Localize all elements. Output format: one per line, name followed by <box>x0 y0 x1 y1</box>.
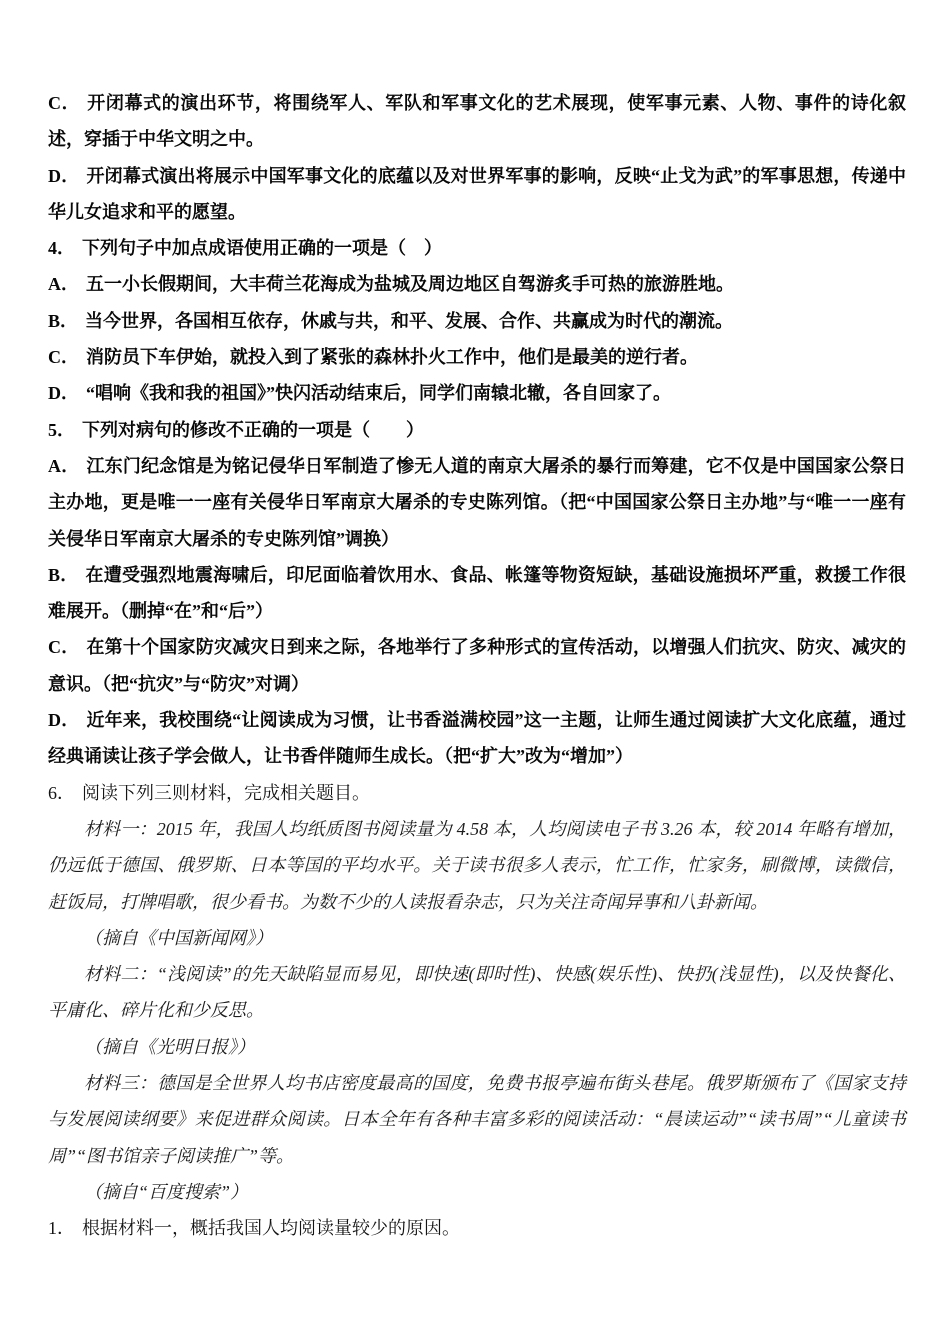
question-stem-text: 下列句子中加点成语使用正确的一项是（ ） <box>82 238 442 258</box>
question5-option-c: C．在第十个国家防灾减灾日到来之际，各地举行了多种形式的宣传活动，以增强人们抗灾… <box>48 629 906 702</box>
material-3-source: （摘自“百度搜索”） <box>48 1174 906 1210</box>
subquestion-text: 根据材料一，概括我国人均阅读量较少的原因。 <box>82 1218 460 1238</box>
question4-option-d: D．“唱响《我和我的祖国》”快闪活动结束后，同学们南辕北辙，各自回家了。 <box>48 375 906 411</box>
question4-option-c: C．消防员下车伊始，就投入到了紧张的森林扑火工作中，他们是最美的逆行者。 <box>48 339 906 375</box>
option-text: “唱响《我和我的祖国》”快闪活动结束后，同学们南辕北辙，各自回家了。 <box>86 383 671 403</box>
option-text: 在遭受强烈地震海啸后，印尼面临着饮用水、食品、帐篷等物资短缺，基础设施损坏严重，… <box>48 565 906 621</box>
material-2-text: 材料二：“浅阅读”的先天缺陷显而易见，即快速(即时性)、快感(娱乐性)、快扔(浅… <box>48 956 906 1029</box>
question-number: 5． <box>48 420 75 440</box>
option-label: C． <box>48 93 80 113</box>
material-text: 材料一：2015 年，我国人均纸质图书阅读量为 4.58 本，人均阅读电子书 3… <box>48 819 906 912</box>
page-content: C．开闭幕式的演出环节，将围绕军人、军队和军事文化的艺术展现，使军事元素、人物、… <box>48 0 906 1247</box>
question-stem-text: 下列对病句的修改不正确的一项是（ ） <box>82 420 424 440</box>
question6-subquestion-1: 1．根据材料一，概括我国人均阅读量较少的原因。 <box>48 1210 906 1246</box>
option-label: A． <box>48 456 79 476</box>
material-source: （摘自“百度搜索”） <box>84 1182 248 1202</box>
question5-option-a: A．江东门纪念馆是为铭记侵华日军制造了惨无人道的南京大屠杀的暴行而筹建，它不仅是… <box>48 448 906 557</box>
option-text: 当今世界，各国相互依存，休戚与共，和平、发展、合作、共赢成为时代的潮流。 <box>85 311 733 331</box>
question4-option-a: A．五一小长假期间，大丰荷兰花海成为盐城及周边地区自驾游炙手可热的旅游胜地。 <box>48 266 906 302</box>
option-label: C． <box>48 347 79 367</box>
document-page: C．开闭幕式的演出环节，将围绕军人、军队和军事文化的艺术展现，使军事元素、人物、… <box>0 0 950 1344</box>
material-3-text: 材料三：德国是全世界人均书店密度最高的国度，免费书报亭遍布街头巷尾。俄罗斯颁布了… <box>48 1065 906 1174</box>
question6-stem: 6．阅读下列三则材料，完成相关题目。 <box>48 775 906 811</box>
option-label: A． <box>48 274 79 294</box>
question-number: 6． <box>48 783 75 803</box>
option-label: D． <box>48 383 79 403</box>
question3-option-d: D．开闭幕式演出将展示中国军事文化的底蕴以及对世界军事的影响，反映“止戈为武”的… <box>48 158 906 231</box>
option-text: 开闭幕式演出将展示中国军事文化的底蕴以及对世界军事的影响，反映“止戈为武”的军事… <box>48 166 906 222</box>
question5-stem: 5．下列对病句的修改不正确的一项是（ ） <box>48 412 906 448</box>
material-1-text: 材料一：2015 年，我国人均纸质图书阅读量为 4.58 本，人均阅读电子书 3… <box>48 811 906 920</box>
subquestion-number: 1． <box>48 1218 75 1238</box>
question-stem-text: 阅读下列三则材料，完成相关题目。 <box>82 783 370 803</box>
option-text: 五一小长假期间，大丰荷兰花海成为盐城及周边地区自驾游炙手可热的旅游胜地。 <box>86 274 734 294</box>
question5-option-b: B．在遭受强烈地震海啸后，印尼面临着饮用水、食品、帐篷等物资短缺，基础设施损坏严… <box>48 557 906 630</box>
option-text: 消防员下车伊始，就投入到了紧张的森林扑火工作中，他们是最美的逆行者。 <box>86 347 698 367</box>
material-text: 材料二：“浅阅读”的先天缺陷显而易见，即快速(即时性)、快感(娱乐性)、快扔(浅… <box>48 964 906 1020</box>
material-text: 材料三：德国是全世界人均书店密度最高的国度，免费书报亭遍布街头巷尾。俄罗斯颁布了… <box>48 1073 906 1166</box>
question-number: 4． <box>48 238 75 258</box>
material-2-source: （摘自《光明日报》） <box>48 1029 906 1065</box>
question5-option-d: D．近年来，我校围绕“让阅读成为习惯，让书香溢满校园”这一主题，让师生通过阅读扩… <box>48 702 906 775</box>
option-text: 近年来，我校围绕“让阅读成为习惯，让书香溢满校园”这一主题，让师生通过阅读扩大文… <box>48 710 906 766</box>
option-text: 江东门纪念馆是为铭记侵华日军制造了惨无人道的南京大屠杀的暴行而筹建，它不仅是中国… <box>48 456 906 549</box>
option-label: D． <box>48 166 79 186</box>
option-label: D． <box>48 710 79 730</box>
option-text: 在第十个国家防灾减灾日到来之际，各地举行了多种形式的宣传活动，以增强人们抗灾、防… <box>48 637 906 693</box>
material-source: （摘自《中国新闻网》） <box>84 928 273 948</box>
option-label: C． <box>48 637 79 657</box>
option-label: B． <box>48 565 78 585</box>
question4-stem: 4．下列句子中加点成语使用正确的一项是（ ） <box>48 230 906 266</box>
option-label: B． <box>48 311 78 331</box>
option-text: 开闭幕式的演出环节，将围绕军人、军队和军事文化的艺术展现，使军事元素、人物、事件… <box>48 93 906 149</box>
question4-option-b: B．当今世界，各国相互依存，休戚与共，和平、发展、合作、共赢成为时代的潮流。 <box>48 303 906 339</box>
material-1-source: （摘自《中国新闻网》） <box>48 920 906 956</box>
question3-option-c: C．开闭幕式的演出环节，将围绕军人、军队和军事文化的艺术展现，使军事元素、人物、… <box>48 85 906 158</box>
material-source: （摘自《光明日报》） <box>84 1037 255 1057</box>
